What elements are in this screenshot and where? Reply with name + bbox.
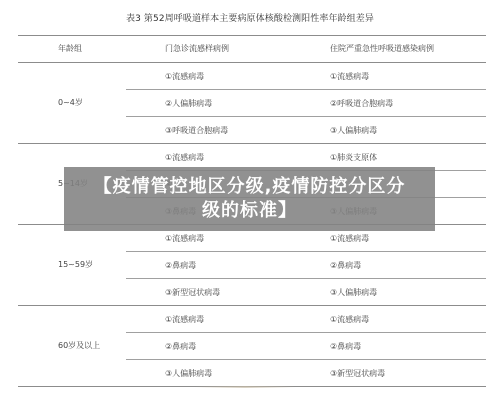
outpatient-cell: ③人偏肺病毒 (165, 368, 212, 379)
inpatient-cell: ①流感病毒 (330, 71, 369, 82)
headline-overlay-banner: 【疫情管控地区分级,疫情防控分区分 级的标准】 (64, 167, 435, 231)
outpatient-cell: ①流感病毒 (165, 314, 204, 325)
table-row-group: 60岁及以上 ①流感病毒 ①流感病毒 ②鼻病毒 ②鼻病毒 ③人偏肺病毒 ③新型冠… (18, 305, 486, 386)
outpatient-cell: ②人偏肺病毒 (165, 98, 212, 109)
headline-line-2: 级的标准】 (202, 199, 297, 223)
header-inpatient: 住院严重急性呼吸道感染病例 (330, 44, 434, 54)
inpatient-cell: ③人偏肺病毒 (330, 287, 377, 298)
row-divider (126, 332, 486, 333)
outpatient-cell: ①流感病毒 (165, 233, 204, 244)
inpatient-cell: ②呼吸道合胞病毒 (330, 98, 393, 109)
table-row-group: 0~4岁 ①流感病毒 ①流感病毒 ②人偏肺病毒 ②呼吸道合胞病毒 ③呼吸道合胞病… (18, 62, 486, 143)
table-caption: 表3 第52周呼吸道样本主要病原体核酸检测阳性率年龄组差异 (0, 11, 500, 24)
inpatient-cell: ③新型冠状病毒 (330, 368, 385, 379)
header-outpatient: 门急诊流感样病例 (165, 44, 229, 54)
inpatient-cell: ①流感病毒 (330, 233, 369, 244)
row-divider (126, 89, 486, 90)
outpatient-cell: ①流感病毒 (165, 71, 204, 82)
row-divider (126, 116, 486, 117)
inpatient-cell: ①肺炎支原体 (330, 152, 377, 163)
outpatient-cell: ①流感病毒 (165, 152, 204, 163)
inpatient-cell: ①流感病毒 (330, 314, 369, 325)
inpatient-cell: ②鼻病毒 (330, 341, 361, 352)
age-label: 0~4岁 (58, 97, 83, 108)
table-header: 年龄组 门急诊流感样病例 住院严重急性呼吸道感染病例 (18, 35, 486, 62)
outpatient-cell: ③新型冠状病毒 (165, 287, 220, 298)
row-divider (126, 278, 486, 279)
outpatient-cell: ②鼻病毒 (165, 260, 196, 271)
headline-line-1: 【疫情管控地区分级,疫情防控分区分 (94, 175, 406, 199)
inpatient-cell: ②鼻病毒 (330, 260, 361, 271)
row-divider (126, 251, 486, 252)
inpatient-cell: ③人偏肺病毒 (330, 125, 377, 136)
age-label: 15~59岁 (58, 259, 93, 270)
outpatient-cell: ③呼吸道合胞病毒 (165, 125, 228, 136)
table-row-group: 15~59岁 ①流感病毒 ①流感病毒 ②鼻病毒 ②鼻病毒 ③新型冠状病毒 ③人偏… (18, 224, 486, 305)
header-age-group: 年龄组 (58, 44, 82, 54)
watermark-decoration (195, 386, 295, 388)
age-label: 60岁及以上 (58, 340, 100, 351)
row-divider (126, 359, 486, 360)
outpatient-cell: ②鼻病毒 (165, 341, 196, 352)
